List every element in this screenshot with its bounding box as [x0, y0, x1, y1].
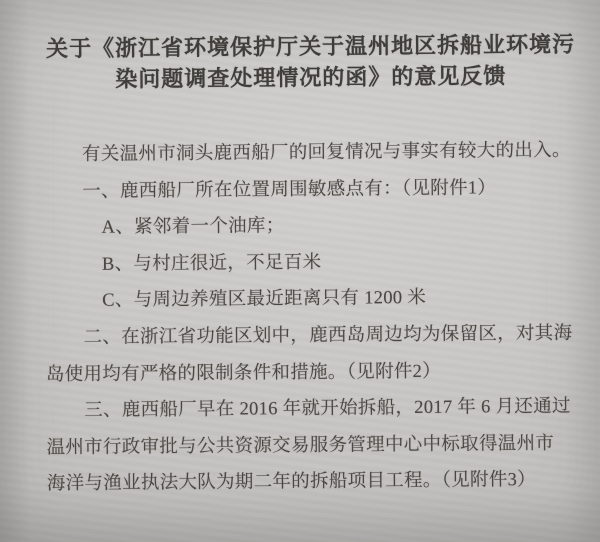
title-line-2: 染问题调查处理情况的函》的意见反馈 [43, 60, 578, 96]
item-c-line: C、与周边养殖区最近距离只有 1200 米 [45, 279, 584, 320]
item-a-line: A、紧邻着一个油库； [44, 206, 583, 247]
paragraph-intro-line: 有关温州市洞头鹿西船厂的回复情况与事实有较大的出入。 [44, 133, 583, 174]
item-3-line-1: 三、鹿西船厂早在 2016 年就开始拆船，2017 年 6 月还通过 [46, 389, 585, 430]
item-2-line-1: 二、在浙江省功能区划中，鹿西岛周边均为保留区，对其海 [45, 315, 584, 356]
item-1-line: 一、鹿西船厂所在位置周围敏感点有：（见附件1） [44, 169, 583, 210]
document-body: 有关温州市洞头鹿西船厂的回复情况与事实有较大的出入。 一、鹿西船厂所在位置周围敏… [0, 132, 600, 503]
item-3-line-2: 温州市行政审批与公共资源交易服务管理中心中标取得温州市 [46, 425, 585, 466]
item-3-line-3: 海洋与渔业执法大队为期二年的拆船项目工程。（见附件3） [47, 462, 586, 503]
item-b-line: B、与村庄很近，不足百米 [45, 242, 584, 283]
item-2-line-2: 岛使用均有严格的限制条件和措施。（见附件2） [46, 352, 585, 393]
scanned-document-photo: 关于《浙江省环境保护厅关于温州地区拆船业环境污 染问题调查处理情况的函》的意见反… [0, 0, 600, 542]
title-line-1: 关于《浙江省环境保护厅关于温州地区拆船业环境污 [43, 29, 578, 65]
document-page: 关于《浙江省环境保护厅关于温州地区拆船业环境污 染问题调查处理情况的函》的意见反… [0, 0, 600, 542]
document-title: 关于《浙江省环境保护厅关于温州地区拆船业环境污 染问题调查处理情况的函》的意见反… [43, 29, 579, 96]
